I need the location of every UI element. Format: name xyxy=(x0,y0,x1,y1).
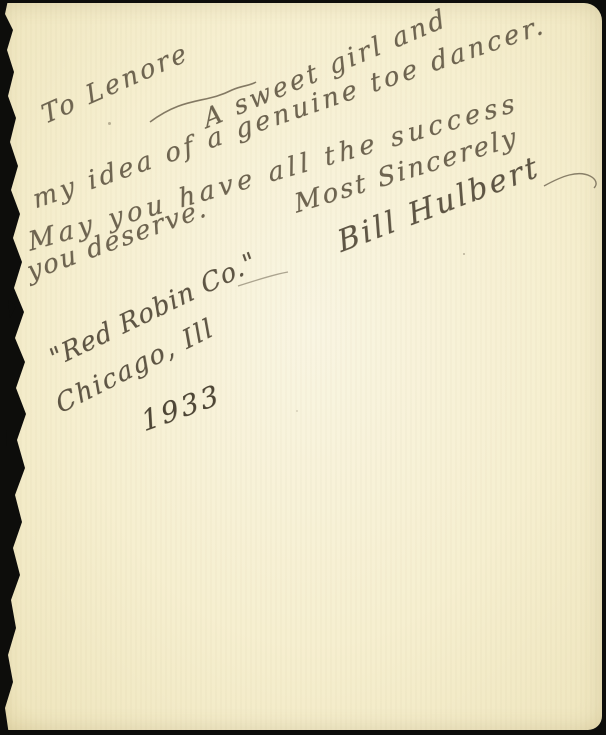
ink-speck xyxy=(108,122,111,125)
ink-speck xyxy=(296,410,298,412)
ink-speck xyxy=(463,253,465,255)
album-page-scan: To Lenore A sweet girl and my idea of a … xyxy=(0,0,606,735)
